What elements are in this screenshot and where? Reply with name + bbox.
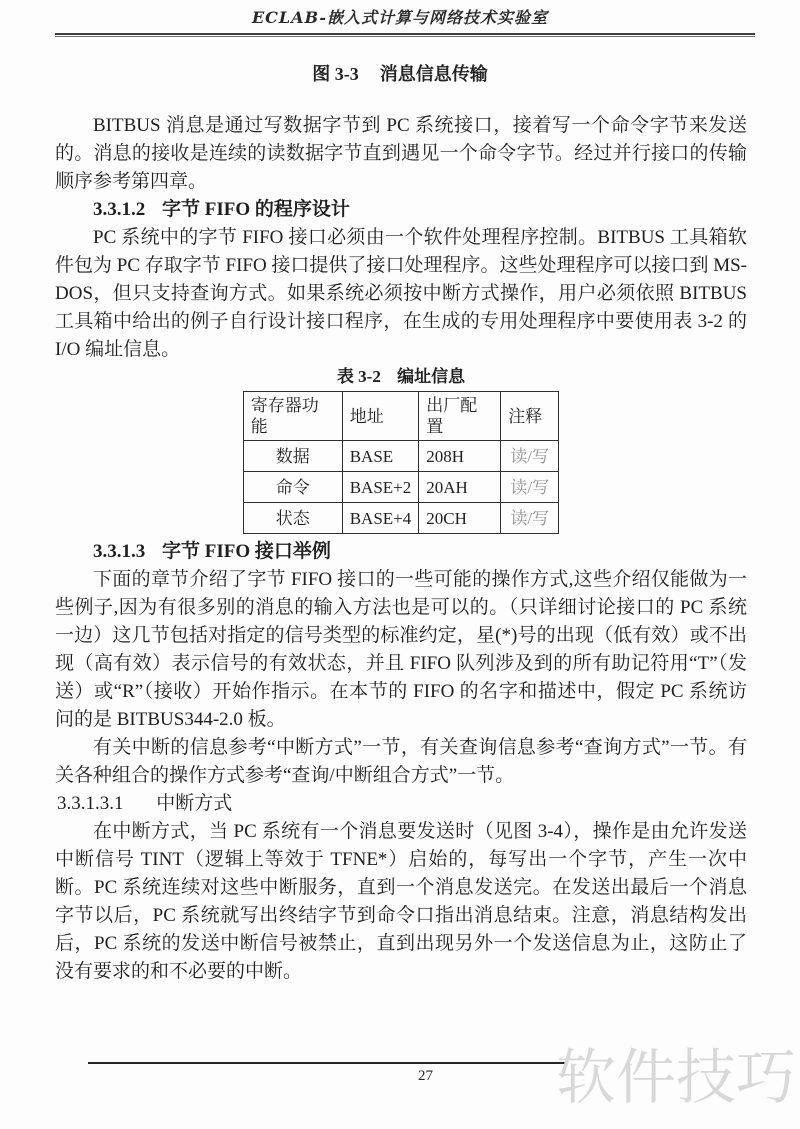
section-heading-33131: 3.3.1.3.1 中断方式	[55, 790, 747, 818]
col-header-register-function: 寄存器功能	[243, 392, 342, 441]
paragraph-fifo-program: PC 系统中的字节 FIFO 接口必须由一个软件处理程序控制。BITBUS 工具…	[55, 224, 747, 364]
footer-divider-rule	[88, 1062, 565, 1064]
cell-address: BASE+2	[342, 472, 419, 503]
cell-register-function: 命令	[243, 472, 342, 503]
paragraph-fifo-examples: 下面的章节介绍了字节 FIFO 接口的一些可能的操作方式,这些介绍仅能做为一些例…	[55, 566, 747, 734]
col-header-address: 地址	[342, 392, 419, 441]
figure-caption-label: 图 3-3	[312, 64, 359, 84]
cell-register-function: 数据	[243, 441, 342, 472]
table-caption: 表 3-2 编址信息	[55, 366, 747, 388]
table-caption-title: 编址信息	[397, 367, 465, 386]
document-body: BITBUS 消息是通过写数据字节到 PC 系统接口，接着写一个命令字节来发送的…	[55, 112, 747, 986]
cell-register-function: 状态	[243, 503, 342, 534]
watermark-text: 软件技巧	[556, 1030, 796, 1116]
section-title: 中断方式	[156, 793, 232, 814]
table-row-status: 状态 BASE+4 20CH 读/写	[243, 503, 559, 534]
cell-note: 读/写	[501, 503, 559, 534]
cell-note: 读/写	[501, 472, 559, 503]
section-heading-3312: 3.3.1.2 字节 FIFO 的程序设计	[55, 196, 747, 224]
header-divider-rule	[55, 33, 755, 37]
page-number: 27	[418, 1068, 433, 1085]
table-row-command: 命令 BASE+2 20AH 读/写	[243, 472, 559, 503]
section-title: 字节 FIFO 的程序设计	[162, 199, 350, 220]
cell-note: 读/写	[501, 441, 559, 472]
col-header-note: 注释	[501, 392, 559, 441]
document-page: ECLAB-嵌入式计算与网络技术实验室 图 3-3 消息信息传输 BITBUS …	[0, 0, 800, 1129]
figure-caption: 图 3-3 消息信息传输	[0, 60, 800, 86]
paragraph-interrupt-mode: 在中断方式，当 PC 系统有一个消息要发送时（见图 3-4），操作是由允许发送中…	[55, 818, 747, 986]
col-header-factory-config: 出厂配置	[419, 392, 501, 441]
section-heading-3313: 3.3.1.3 字节 FIFO 接口举例	[55, 538, 747, 566]
cell-address: BASE	[342, 441, 419, 472]
cell-address: BASE+4	[342, 503, 419, 534]
table-caption-label: 表 3-2	[337, 367, 381, 386]
figure-caption-title: 消息信息传输	[380, 64, 488, 84]
cell-factory-config: 208H	[419, 441, 501, 472]
paragraph-mode-references: 有关中断的信息参考“中断方式”一节，有关查询信息参考“查询方式”一节。有关各种组…	[55, 734, 747, 790]
cell-factory-config: 20CH	[419, 503, 501, 534]
section-number: 3.3.1.3	[93, 541, 145, 562]
cell-factory-config: 20AH	[419, 472, 501, 503]
section-title: 字节 FIFO 接口举例	[162, 541, 331, 562]
table-header-row: 寄存器功能 地址 出厂配置 注释	[243, 392, 559, 441]
section-number: 3.3.1.3.1	[57, 793, 124, 814]
paragraph-bitbus-message: BITBUS 消息是通过写数据字节到 PC 系统接口，接着写一个命令字节来发送的…	[55, 112, 747, 196]
page-header-lab-title: ECLAB-嵌入式计算与网络技术实验室	[0, 5, 800, 28]
addressing-info-table: 寄存器功能 地址 出厂配置 注释 数据 BASE 208H 读/写 命令 BAS…	[243, 391, 560, 534]
table-row-data: 数据 BASE 208H 读/写	[243, 441, 559, 472]
section-number: 3.3.1.2	[93, 199, 145, 220]
